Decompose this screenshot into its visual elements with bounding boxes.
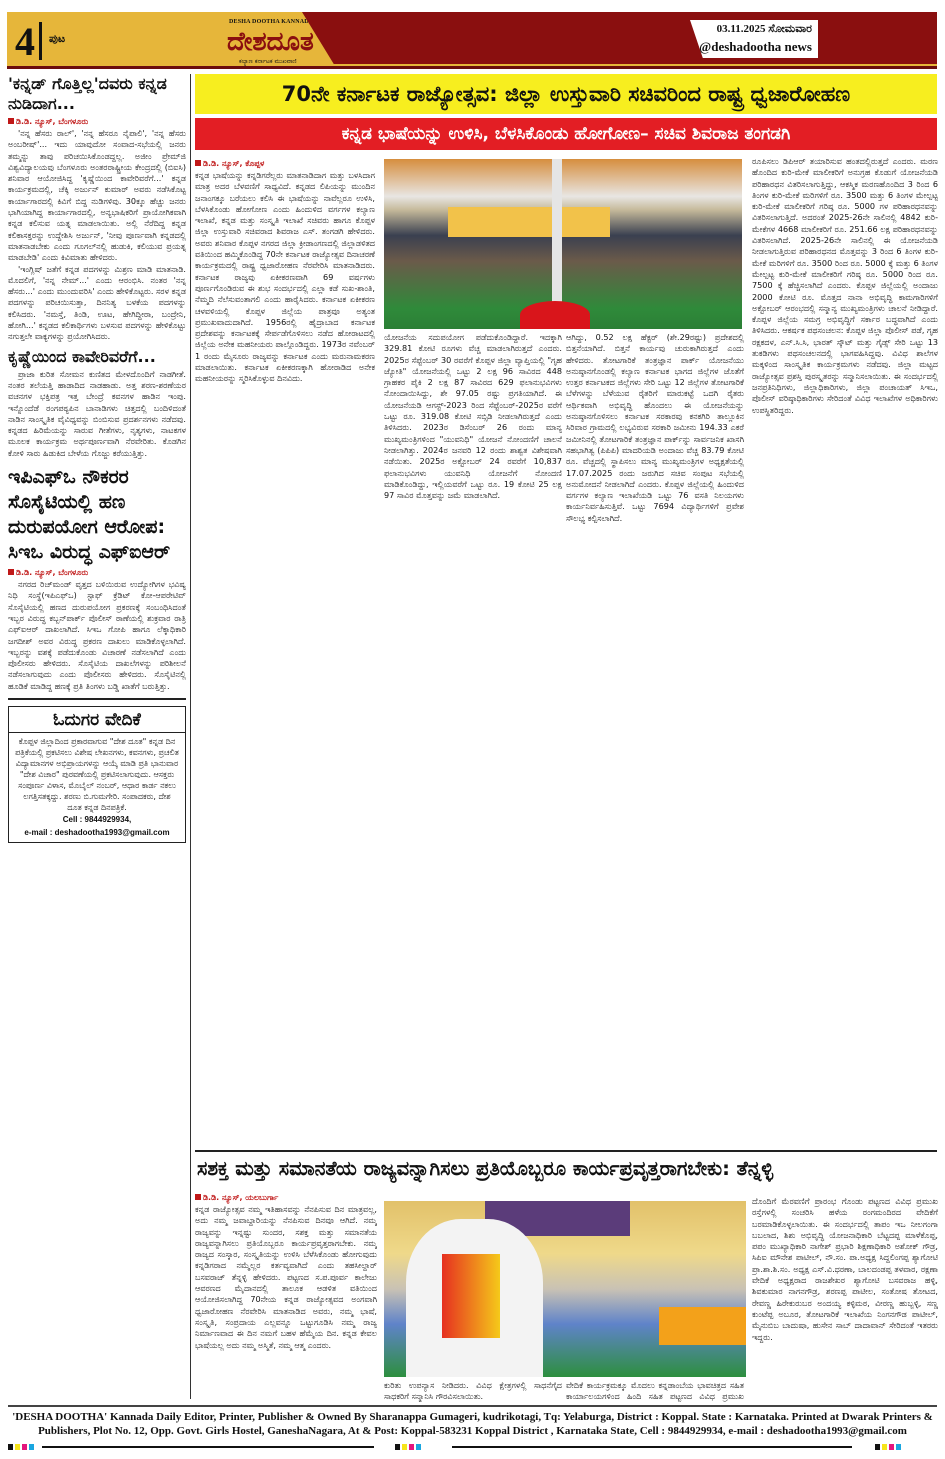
readers-forum-title: ಓದುಗರ ವೇದಿಕೆ: [9, 710, 185, 733]
photo-dais-table: [659, 1307, 746, 1346]
second-photo: [384, 1201, 746, 1377]
lead-story-col1: ಡಿ.ಡಿ. ನ್ಯೂಸ್, ಕೊಪ್ಪಳ ಕನ್ನಡ ಭಾಷೆಯನ್ನು ಕನ…: [195, 156, 375, 1150]
second-caption-right: ವೇದಿಕೆ ಕಾರ್ಯಕ್ರಮಕ್ಕೂ ಮೊದಲು ಕನ್ನಡಾಂಬೆಯ ಭಾ…: [566, 1380, 744, 1402]
masthead-maroon-band: 03.11.2025 ಸೋಮವಾರ @deshadootha news: [302, 12, 937, 64]
reg-yellow: [882, 1444, 887, 1450]
contact-email[interactable]: e-mail : deshadootha1993@gmail.com: [15, 826, 179, 839]
readers-forum-box: ಓದುಗರ ವೇದಿಕೆ ಕೊಪ್ಪಳ ಜಿಲ್ಲಾದಿಂದ ಪ್ರಕಾರವಾಗ…: [8, 706, 186, 843]
photo-flag-base: [520, 301, 590, 329]
byline-bullet-icon: [8, 569, 14, 575]
page-divider: [39, 22, 42, 60]
divider: [8, 698, 186, 700]
section-divider: [195, 1150, 937, 1152]
logo-tagline: ಕಲ್ಯಾಣ ಕರ್ನಾಟಕ ಮುಖವಾಣಿ: [239, 58, 297, 66]
article-body: ಕನ್ನಡ ರಾಜ್ಯೋತ್ಸವ ನಮ್ಮ ಇತಿಹಾಸವನ್ನು ನೆನಪಿಸ…: [195, 1204, 377, 1409]
imprint-line-2: Publishers, Plot No. 12, Opp. Govt. Girl…: [0, 1424, 945, 1438]
article-subheading: ಕೃಷ್ಣೆಯಿಂದ ಕಾವೇರಿವರೆಗೆ...: [8, 347, 186, 367]
reg-black: [875, 1444, 880, 1450]
photo-stage-banner: [448, 207, 609, 238]
photo-caption: ವೇದಿಕೆ ಕಾರ್ಯಕ್ರಮಕ್ಕೂ ಮೊದಲು ಕನ್ನಡಾಂಬೆಯ ಭಾ…: [566, 1380, 744, 1402]
reg-yellow: [402, 1444, 407, 1450]
second-headline: ಸಶಕ್ತ ಮತ್ತು ಸಮಾನತೆಯ ರಾಜ್ಯವನ್ನಾಗಿಸಲು ಪ್ರತ…: [197, 1157, 773, 1180]
lead-story-col2b: ಆಗಿದ್ದು, 0.52 ಲಕ್ಷ ಹೆಕ್ಟರ್ (ಶೇ.29ರಷ್ಟು) …: [566, 332, 744, 1140]
reg-black: [395, 1444, 400, 1450]
lead-photo: [384, 159, 742, 329]
article-body: 'ನನ್ನ ಹೆಸರು ರಾಲ್', 'ನನ್ನ ಹೆಸರೂ ನೈಪಾಲಿ', …: [8, 128, 186, 343]
left-column: 'ಕನ್ನಡ್ ಗೊತ್ತಿಲ್ಲ'ದವರು ಕನ್ನಡ ನುಡಿದಾಗ... …: [8, 74, 186, 843]
registration-line: [42, 1446, 374, 1448]
date-box: 03.11.2025 ಸೋಮವಾರ @deshadootha news: [690, 20, 818, 58]
issue-date: 03.11.2025 ಸೋಮವಾರ: [717, 23, 812, 36]
reg-magenta: [889, 1444, 894, 1450]
article-paragraph: 'ನನ್ನ ಹೆಸರು ರಾಲ್', 'ನನ್ನ ಹೆಸರೂ ನೈಪಾಲಿ', …: [8, 128, 186, 264]
second-story-col1: ಡಿ.ಡಿ. ನ್ಯೂಸ್, ಯಲಬುರ್ಗಾ ಕನ್ನಡ ರಾಜ್ಯೋತ್ಸವ…: [195, 1190, 377, 1409]
reg-magenta: [22, 1444, 27, 1450]
column-divider: [190, 74, 191, 1399]
footer-divider: [8, 1405, 937, 1407]
masthead: 4 ಪುಟ DESHA DOOTHA KANNADA DAILY NEWS ದೇ…: [7, 12, 937, 69]
photo-flagpole: [552, 159, 562, 312]
article-paragraph: ಪ್ರಾಜಾ ಕುರಿತ ಸೋಮನ ಕುಣಿತದ ಮೇಳದೊಂದಿಗೆ ನಾಡಗ…: [8, 369, 186, 459]
byline-bullet-icon: [195, 160, 201, 166]
lead-headline: 70ನೇ ಕರ್ನಾಟಕ ರಾಜ್ಯೋತ್ಸವ: ಜಿಲ್ಲಾ ಉಸ್ತುವಾರ…: [195, 74, 937, 114]
newspaper-logo: ದೇಶದೂತ: [227, 27, 314, 58]
article-byline: ಡಿ.ಡಿ. ನ್ಯೂಸ್, ಯಲಬುರ್ಗಾ: [195, 1193, 377, 1203]
reg-magenta: [409, 1444, 414, 1450]
article-body: ನಗರದ ರಿಚ್‌ಮಂಡ್ ವೃತ್ತದ ಬಳಿಯಿರುವ ಉದ್ಯೋಗಿಗಳ…: [8, 579, 186, 692]
article-body: ಯೋಜನೆಯ ಸದುಪಯೋಗ ಪಡೆದುಕೊಂಡಿದ್ದಾರೆ. ಇದಕ್ಕಾಗ…: [384, 332, 562, 1140]
article-body: ಆಗಿದ್ದು, 0.52 ಲಕ್ಷ ಹೆಕ್ಟರ್ (ಶೇ.29ರಷ್ಟು) …: [566, 332, 744, 1140]
byline-bullet-icon: [8, 118, 14, 124]
article-body: ದೊಂದಿಗೆ ಮೆರವಣಿಗೆ ಪ್ರಾರಂಭ ಗೊಂಡು ಪಟ್ಟಣದ ವಿ…: [752, 1196, 938, 1401]
reg-yellow: [15, 1444, 20, 1450]
article-byline: ಡಿ.ಡಿ. ನ್ಯೂಸ್, ಬೆಂಗಳೂರು: [8, 117, 186, 127]
second-caption-left: ಕುರಿತು ಉಪನ್ಯಾಸ ನೀಡಿದರು. ವಿವಿಧ ಕ್ಷೇತ್ರಗಳಲ…: [384, 1380, 562, 1402]
readers-forum-body: ಕೊಪ್ಪಳ ಜಿಲ್ಲಾದಿಂದ ಪ್ರಕಾರವಾಗುವ "ದೇಶ ದೂತ" …: [15, 736, 179, 813]
imprint-footer: 'DESHA DOOTHA' Kannada Daily Editor, Pri…: [0, 1410, 945, 1438]
article-body: ಕನ್ನಡ ಭಾಷೆಯನ್ನು ಕನ್ನಡಿಗರೆಲ್ಲರು ಮಾತನಾಡಿದಾ…: [195, 170, 375, 1150]
registration-marks: [395, 1444, 421, 1450]
photo-kannada-scarf: [442, 1254, 500, 1338]
article-headline: ಇಪಿಎಫ್‌ಒ ನೌಕರರ ಸೊಸೈಟಿಯಲ್ಲಿ ಹಣ ದುರುಪಯೋಗ ಆ…: [8, 465, 186, 565]
contact-cell: Cell : 9844929934,: [15, 813, 179, 826]
social-handle: @deshadootha news: [699, 39, 812, 55]
article-paragraph: ನಗರದ ರಿಚ್‌ಮಂಡ್ ವೃತ್ತದ ಬಳಿಯಿರುವ ಉದ್ಯೋಗಿಗಳ…: [8, 579, 186, 692]
byline-bullet-icon: [195, 1194, 201, 1200]
reg-cyan: [416, 1444, 421, 1450]
reg-black: [8, 1444, 13, 1450]
lead-story-col3: ರೂಪಿಸಲು ಡಿಪಿಆರ್ ತಯಾರಿಸುವ ಹಂತದಲ್ಲಿರುತ್ತದೆ…: [752, 156, 938, 1140]
page-label: ಪುಟ: [49, 32, 65, 46]
article-paragraph: 'ಇಂಗ್ಲಿಷ್ ಜತೆಗೆ ಕನ್ನಡ ಪದಗಳನ್ನು ಮಿಶ್ರಣ ಮಾ…: [8, 264, 186, 343]
reg-cyan: [29, 1444, 34, 1450]
lead-story: 70ನೇ ಕರ್ನಾಟಕ ರಾಜ್ಯೋತ್ಸವ: ಜಿಲ್ಲಾ ಉಸ್ತುವಾರ…: [195, 74, 937, 150]
imprint-line-1: 'DESHA DOOTHA' Kannada Daily Editor, Pri…: [0, 1410, 945, 1424]
registration-line: [452, 1446, 852, 1448]
article-body-continued: ಪ್ರಾಜಾ ಕುರಿತ ಸೋಮನ ಕುಣಿತದ ಮೇಳದೊಂದಿಗೆ ನಾಡಗ…: [8, 369, 186, 459]
article-body: ರೂಪಿಸಲು ಡಿಪಿಆರ್ ತಯಾರಿಸುವ ಹಂತದಲ್ಲಿರುತ್ತದೆ…: [752, 156, 938, 1140]
registration-marks: [875, 1444, 901, 1450]
article-byline: ಡಿ.ಡಿ. ನ್ಯೂಸ್, ಬೆಂಗಳೂರು: [8, 568, 186, 578]
lead-story-col2a: ಯೋಜನೆಯ ಸದುಪಯೋಗ ಪಡೆದುಕೊಂಡಿದ್ದಾರೆ. ಇದಕ್ಕಾಗ…: [384, 332, 562, 1140]
second-story-col3: ದೊಂದಿಗೆ ಮೆರವಣಿಗೆ ಪ್ರಾರಂಭ ಗೊಂಡು ಪಟ್ಟಣದ ವಿ…: [752, 1196, 938, 1401]
registration-marks: [8, 1444, 34, 1450]
page-number: 4: [15, 18, 35, 65]
article-headline: 'ಕನ್ನಡ್ ಗೊತ್ತಿಲ್ಲ'ದವರು ಕನ್ನಡ ನುಡಿದಾಗ...: [8, 74, 186, 114]
lead-subheadline: ಕನ್ನಡ ಭಾಷೆಯನ್ನು ಉಳಿಸಿ, ಬೆಳಸಿಕೊಂಡು ಹೋಗೋಣ–…: [195, 118, 937, 150]
reg-cyan: [896, 1444, 901, 1450]
article-byline: ಡಿ.ಡಿ. ನ್ಯೂಸ್, ಕೊಪ್ಪಳ: [195, 159, 375, 169]
photo-caption: ಕುರಿತು ಉಪನ್ಯಾಸ ನೀಡಿದರು. ವಿವಿಧ ಕ್ಷೇತ್ರಗಳಲ…: [384, 1380, 562, 1402]
